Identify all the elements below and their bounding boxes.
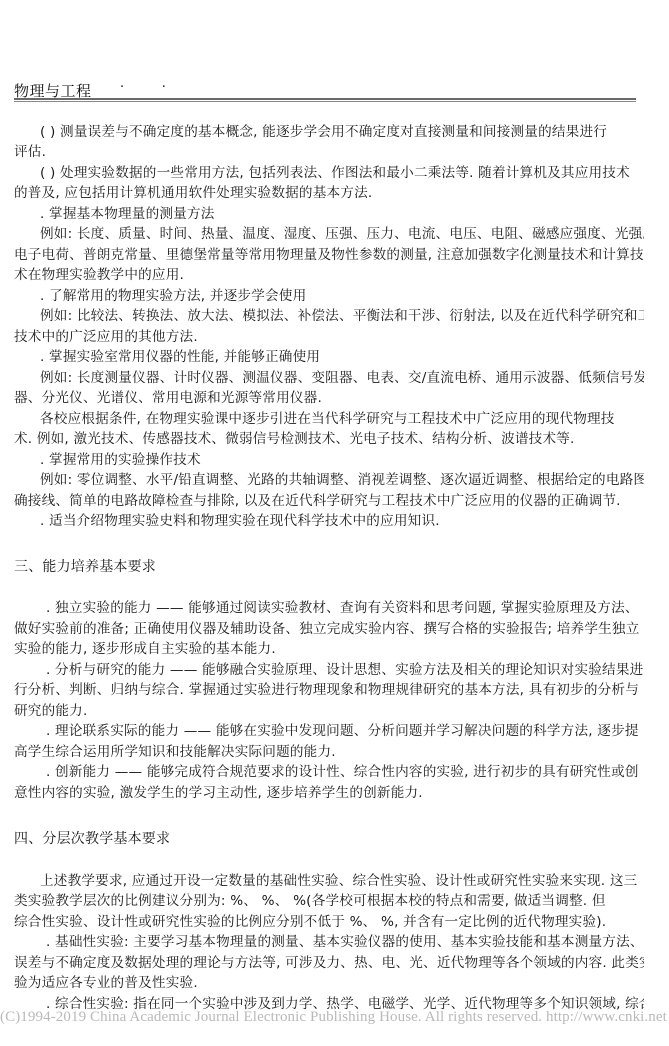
paragraph-line: 器、分光仪、光谱仪、常用电源和光源等常用仪器. xyxy=(14,389,644,407)
paragraph-line: 各校应根据条件, 在物理实验课中逐步引进在当代科学研究与工程技术中广泛应用的现代… xyxy=(40,410,644,428)
document-page: 物理与工程 · · ( ) 测量误差与不确定度的基本概念, 能逐步学会用不确定度… xyxy=(0,0,669,1046)
section-heading-4: 四、分层次教学基本要求 xyxy=(14,830,644,848)
running-head-dots: · · xyxy=(120,80,166,95)
subheading-line: . 掌握基本物理量的测量方法 xyxy=(40,205,644,223)
paragraph-line: . 独立实验的能力 —— 能够通过阅读实验教材、查询有关资料和思考问题, 掌握实… xyxy=(46,599,644,617)
paragraph-line: 电子电荷、普朗克常量、里德堡常量等常用物理量及物性参数的测量, 注意加强数字化测… xyxy=(14,246,644,264)
paragraph-line: 例如: 长度测量仪器、计时仪器、测温仪器、变阻器、电表、交/直流电桥、通用示波器… xyxy=(40,369,644,387)
paragraph-line: . 理论联系实际的能力 —— 能够在实验中发现问题、分析问题并学习解决问题的科学… xyxy=(46,722,644,740)
paragraph-line: 类实验教学层次的比例建议分别为: %、 %、 %(各学校可根据本校的特点和需要,… xyxy=(14,892,644,910)
paragraph-line: 高学生综合运用所学知识和技能解决实际问题的能力. xyxy=(14,743,644,761)
paragraph-line: 研究的能力. xyxy=(14,702,644,720)
subheading-line: . 掌握实验室常用仪器的性能, 并能够正确使用 xyxy=(40,348,644,366)
paragraph-line: 验为适应各专业的普及性实验. xyxy=(14,974,644,992)
paragraph-line: 例如: 比较法、转换法、放大法、模拟法、补偿法、平衡法和干涉、衍射法, 以及在近… xyxy=(40,307,644,325)
paragraph-line: 误差与不确定度及数据处理的理论与方法等, 可涉及力、热、电、光、近代物理等各个领… xyxy=(14,954,644,972)
copyright-footer: (C)1994-2019 China Academic Journal Elec… xyxy=(0,1009,669,1026)
paragraph-line: 上述教学要求, 应通过开设一定数量的基础性实验、综合性实验、设计性或研究性实验来… xyxy=(40,872,644,890)
paragraph-line: 行分析、判断、归纳与综合. 掌握通过实验进行物理现象和物理规律研究的基本方法, … xyxy=(14,681,644,699)
paragraph-line: 术在物理实验教学中的应用. xyxy=(14,266,644,284)
paragraph-line: . 基础性实验: 主要学习基本物理量的测量、基本实验仪器的使用、基本实验技能和基… xyxy=(46,933,644,951)
paragraph-line: 评估. xyxy=(14,143,644,161)
paragraph-line: 确接线、简单的电路故障检查与排除, 以及在近代科学研究与工程技术中广泛应用的仪器… xyxy=(14,492,644,510)
paragraph-line: . 创新能力 —— 能够完成符合规范要求的设计性、综合性内容的实验, 进行初步的… xyxy=(46,763,644,781)
paragraph-line: 综合性实验、设计性或研究性实验的比例应分别不低于 %、 %, 并含有一定比例的近… xyxy=(14,913,644,931)
paragraph-line: 意性内容的实验, 激发学生的学习主动性, 逐步培养学生的创新能力. xyxy=(14,784,644,802)
paragraph-line: 的普及, 应包括用计算机通用软件处理实验数据的基本方法. xyxy=(14,184,644,202)
paragraph-line: ( ) 测量误差与不确定度的基本概念, 能逐步学会用不确定度对直接测量和间接测量… xyxy=(40,123,644,141)
header-rule xyxy=(14,98,636,102)
paragraph-line: . 适当介绍物理实验史料和物理实验在现代科学技术中的应用知识. xyxy=(40,512,644,530)
section-heading-3: 三、能力培养基本要求 xyxy=(14,558,644,576)
paragraph-line: 实验的能力, 逐步形成自主实验的基本能力. xyxy=(14,640,644,658)
subheading-line: . 掌握常用的实验操作技术 xyxy=(40,451,644,469)
paragraph-line: 术. 例如, 激光技术、传感器技术、微弱信号检测技术、光电子技术、结构分析、波谱… xyxy=(14,430,644,448)
paragraph-line: 例如: 零位调整、水平/铅直调整、光路的共轴调整、消视差调整、逐次逼近调整、根据… xyxy=(40,471,644,489)
subheading-line: . 了解常用的物理实验方法, 并逐步学会使用 xyxy=(40,287,644,305)
paragraph-line: 做好实验前的准备; 正确使用仪器及辅助设备、独立完成实验内容、撰写合格的实验报告… xyxy=(14,620,644,638)
paragraph-line: . 分析与研究的能力 —— 能够融合实验原理、设计思想、实验方法及相关的理论知识… xyxy=(46,661,644,679)
paragraph-line: 例如: 长度、质量、时间、热量、温度、湿度、压强、压力、电流、电压、电阻、磁感应… xyxy=(40,225,644,243)
paragraph-line: 技术中的广泛应用的其他方法. xyxy=(14,328,644,346)
paragraph-line: ( ) 处理实验数据的一些常用方法, 包括列表法、作图法和最小二乘法等. 随着计… xyxy=(40,164,644,182)
